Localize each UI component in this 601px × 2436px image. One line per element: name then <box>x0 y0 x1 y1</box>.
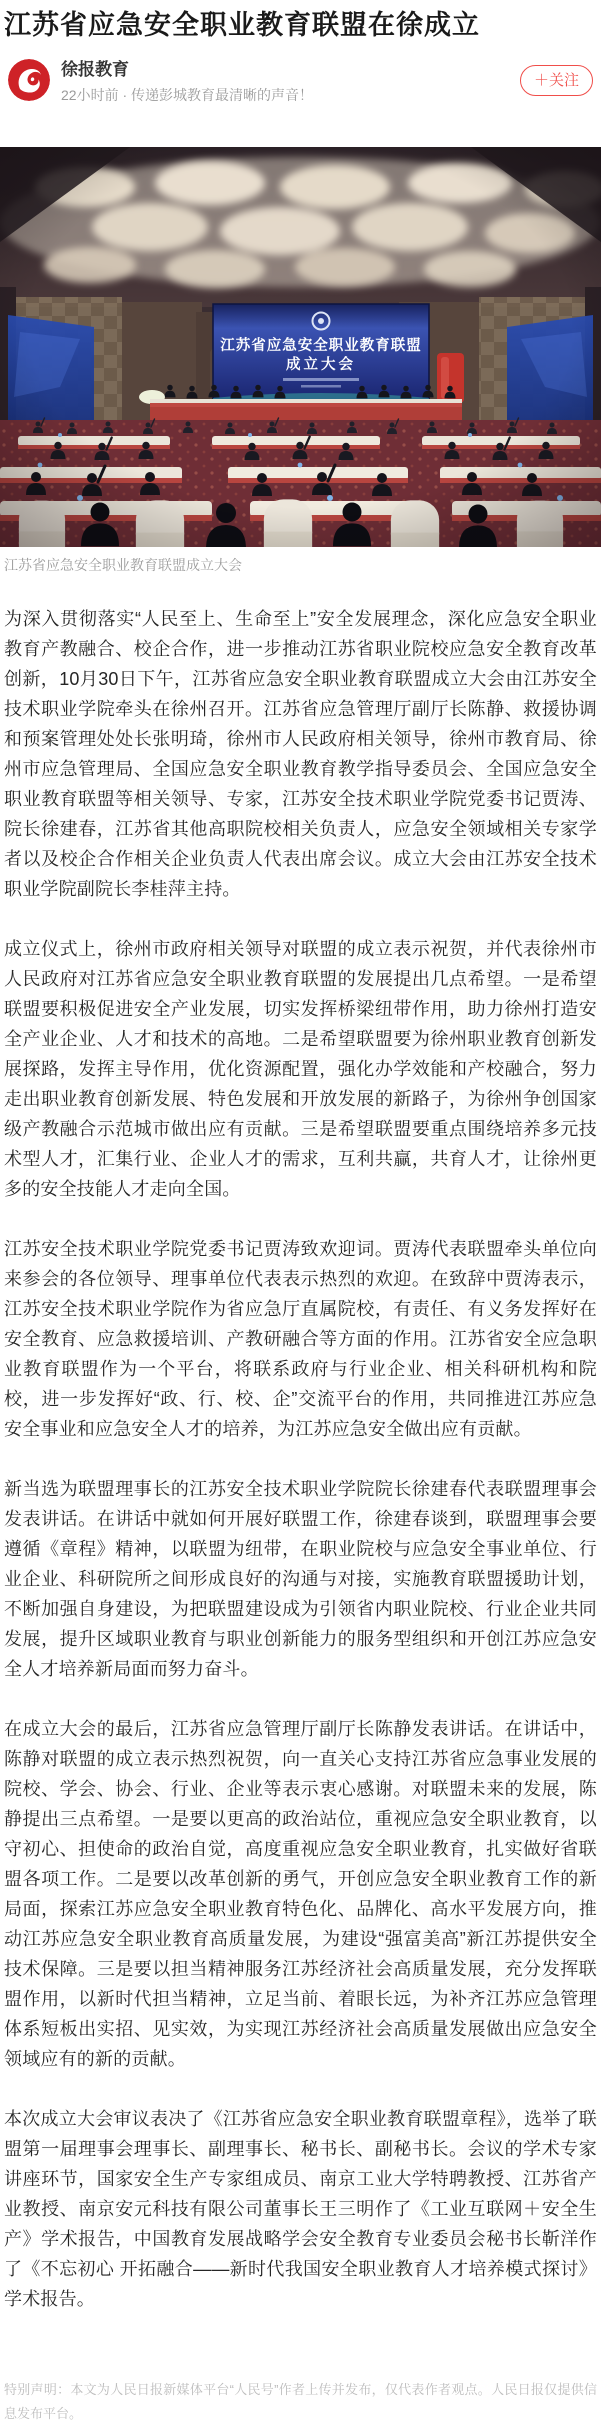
disclaimer-text: 特别声明：本文为人民日报新媒体平台“人民号”作者上传并发布，仅代表作者观点。人民… <box>0 2378 601 2436</box>
page-title: 江苏省应急安全职业教育联盟在徐成立 <box>0 8 601 43</box>
publisher-logo-icon <box>8 59 50 101</box>
publisher-avatar[interactable] <box>8 59 50 101</box>
byline: 徐报教育 22小时前 · 传递彭城教育最清晰的声音！ ＋关注 <box>0 57 601 103</box>
paragraph: 本次成立大会审议表决了《江苏省应急安全职业教育联盟章程》，选举了联盟第一届理事会… <box>4 2104 597 2314</box>
article-photo: 江苏省应急安全职业教育联盟 成立大会 <box>0 147 601 576</box>
photo-caption: 江苏省应急安全职业教育联盟成立大会 <box>0 547 601 576</box>
article-page: 江苏省应急安全职业教育联盟在徐成立 徐报教育 22小时前 · 传递彭城教育最清晰… <box>0 0 601 2436</box>
paragraph: 新当选为联盟理事长的江苏安全技术职业学院院长徐建春代表联盟理事会发表讲话。在讲话… <box>4 1474 597 1684</box>
author-name[interactable]: 徐报教育 <box>61 55 520 80</box>
paragraph: 在成立大会的最后，江苏省应急管理厅副厅长陈静发表讲话。在讲话中，陈静对联盟的成立… <box>4 1714 597 2074</box>
paragraph: 为深入贯彻落实“人民至上、生命至上”安全发展理念，深化应急安全职业教育产教融合、… <box>4 604 597 904</box>
paragraph: 成立仪式上，徐州市政府相关领导对联盟的成立表示祝贺，并代表徐州市人民政府对江苏省… <box>4 934 597 1204</box>
conference-hall-image: 江苏省应急安全职业教育联盟 成立大会 <box>0 147 601 547</box>
byline-info: 徐报教育 22小时前 · 传递彭城教育最清晰的声音！ <box>61 55 520 105</box>
follow-button[interactable]: ＋关注 <box>520 65 593 96</box>
post-meta: 22小时前 · 传递彭城教育最清晰的声音！ <box>61 85 520 105</box>
article-body: 为深入贯彻落实“人民至上、生命至上”安全发展理念，深化应急安全职业教育产教融合、… <box>0 604 601 2314</box>
paragraph: 江苏安全技术职业学院党委书记贾涛致欢迎词。贾涛代表联盟牵头单位向来参会的各位领导… <box>4 1234 597 1444</box>
